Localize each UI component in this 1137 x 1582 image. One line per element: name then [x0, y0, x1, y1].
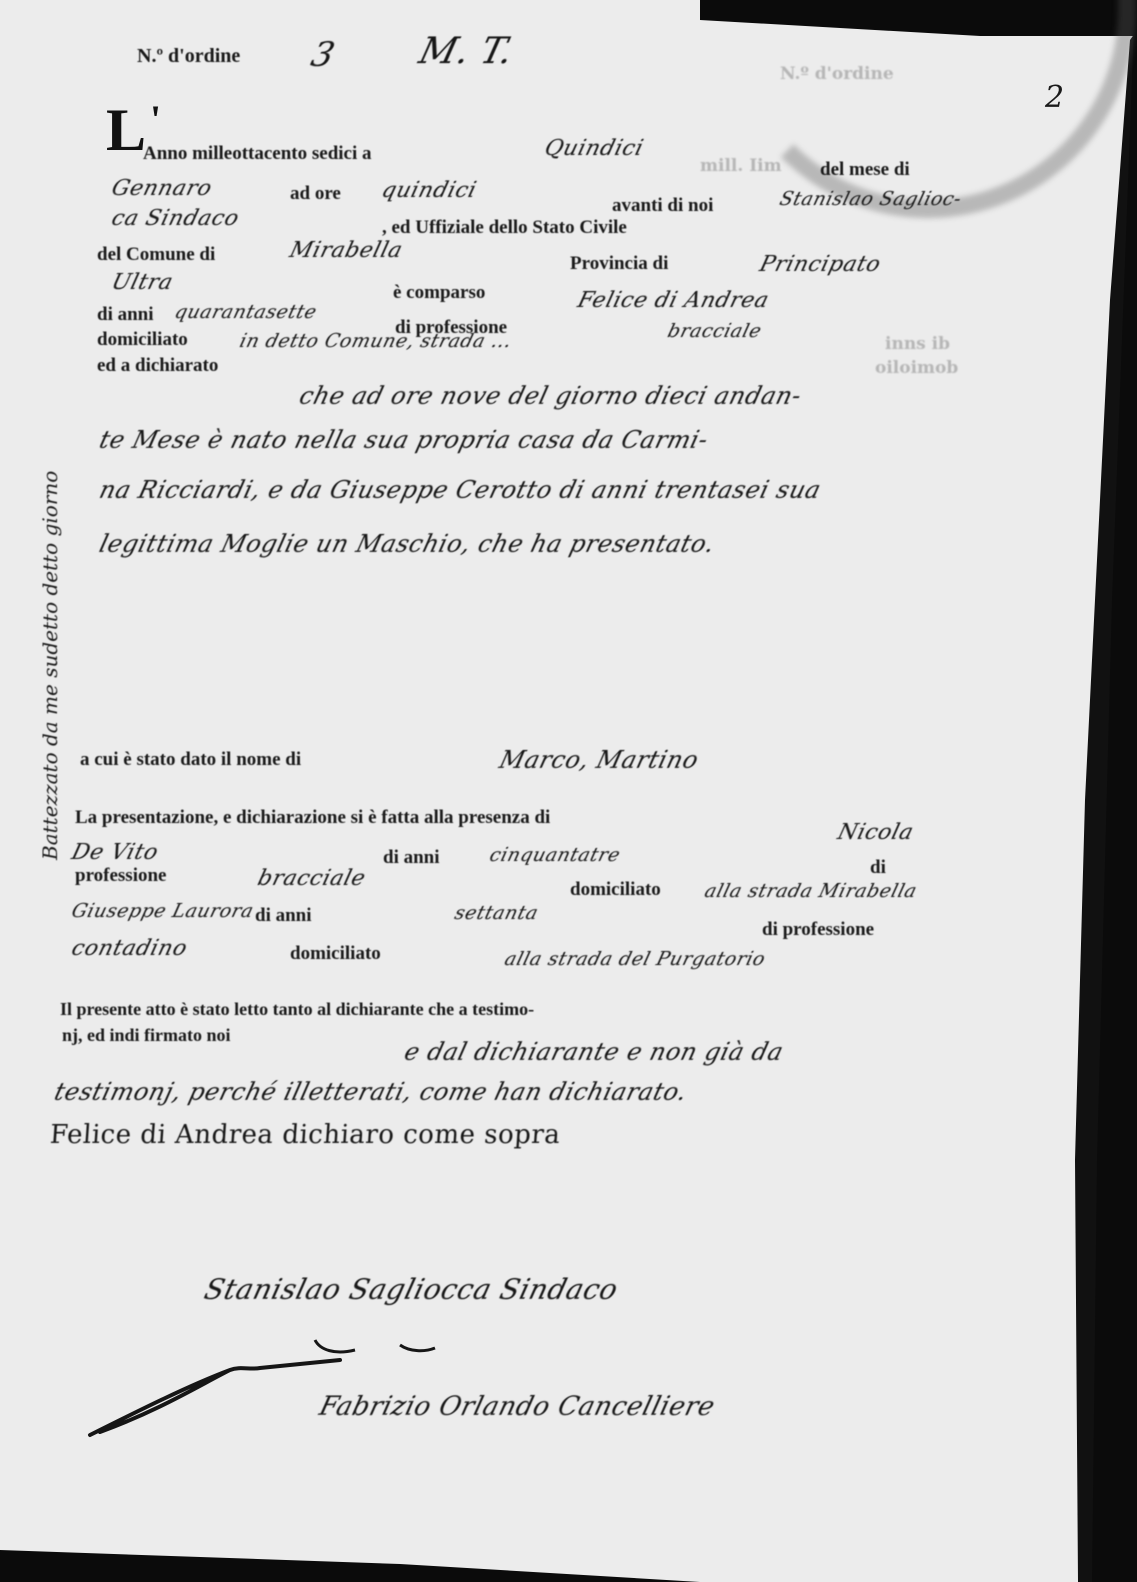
printed-name-line: a cui è stato dato il nome di	[80, 750, 301, 769]
printed-witness-2-domicile: domiciliato	[290, 944, 381, 963]
bleed-through-text: inns ib	[885, 334, 950, 354]
printed-witness-2-age: di anni	[255, 906, 312, 925]
printed-witness-1-profession: professione	[75, 866, 166, 885]
hw-day: Quindici	[542, 138, 645, 160]
hw-witness-2-domicile: alla strada del Purgatorio	[503, 950, 768, 969]
printed-line-3: , ed Uffiziale dello Stato Civile	[382, 218, 627, 237]
hw-witness-1-domicile: alla strada Mirabella	[703, 882, 919, 901]
hw-witness-2-age: settanta	[453, 904, 541, 923]
printed-line-2-end: avanti di noi	[612, 196, 713, 215]
hw-declaration-line-1: che ad ore nove del giorno dieci andan-	[297, 384, 804, 408]
decorative-initial-apostrophe: '	[150, 96, 161, 143]
hw-witness-1-name-cont: De Vito	[69, 842, 160, 864]
hw-declarant-domicile: in detto Comune, strada ...	[238, 332, 514, 351]
printed-line-4: del Comune di	[97, 245, 215, 264]
hw-declaration-line-3: na Ricciardi, e da Giuseppe Cerotto di a…	[97, 478, 823, 502]
hw-declarant: Felice di Andrea	[575, 290, 771, 312]
printed-line-2: ad ore	[290, 184, 341, 203]
hw-declaration-line-2: te Mese è nato nella sua propria casa da…	[97, 428, 711, 452]
printed-closing-2: nj, ed indi firmato noi	[62, 1026, 231, 1044]
margin-note: Battezzato da me sudetto detto giorno	[38, 471, 62, 860]
hw-closing-line-1: e dal dichiarante e non già da	[402, 1040, 786, 1064]
bleed-through-text: oiloimob	[875, 358, 958, 378]
printed-line-8: ed a dichiarato	[97, 356, 218, 375]
hw-month: Gennaro	[109, 178, 214, 200]
printed-witness-intro: La presentazione, e dichiarazione si è f…	[75, 808, 550, 827]
hw-child-name: Marco, Martino	[497, 748, 701, 772]
hw-provincia: Principato	[757, 254, 883, 276]
hw-witness-1-name: Nicola	[835, 822, 916, 844]
hw-declarant-age: quarantasette	[173, 303, 319, 322]
printed-witness-1-age: di anni	[383, 848, 440, 867]
hw-closing-line-3: Felice di Andrea dichiaro come sopra	[49, 1122, 561, 1148]
hw-declaration-line-4: legittima Moglie un Maschio, che ha pres…	[97, 532, 717, 556]
hw-hour: quindici	[379, 180, 478, 202]
bleed-through-text: mill. Iim	[700, 156, 782, 176]
signature-flourish-icon	[80, 1330, 440, 1440]
printed-line-6: di anni	[97, 305, 154, 324]
page-number: 2	[1045, 80, 1064, 115]
printed-line-7: domiciliato	[97, 330, 188, 349]
signature-clerk: Fabrizio Orlando Cancelliere	[317, 1394, 718, 1420]
hw-witness-2-profession: contadino	[69, 938, 189, 960]
hw-witness-2-name: Giuseppe Laurora	[70, 902, 256, 921]
signature-mayor: Stanislao Sagliocca Sindaco	[202, 1276, 621, 1304]
hw-comune: Mirabella	[287, 240, 404, 262]
hw-witness-1-profession: bracciale	[255, 868, 368, 890]
hw-officer-cont: ca Sindaco	[109, 208, 241, 230]
printed-closing-1: Il presente atto è stato letto tanto al …	[60, 1000, 534, 1018]
hw-officer: Stanislao Saglioc-	[778, 190, 964, 209]
hw-witness-1-age: cinquantatre	[488, 846, 623, 865]
printed-witness-2-profession: di professione	[762, 920, 874, 939]
printed-line-1-end: del mese di	[820, 160, 910, 179]
printed-witness-1-domicile: domiciliato	[570, 880, 661, 899]
order-annotation: M. T.	[416, 34, 517, 70]
printed-line-1: Anno milleottacento sedici a	[143, 144, 372, 163]
decorative-initial: L	[106, 100, 146, 160]
printed-witness-1-di: di	[870, 858, 886, 877]
printed-line-5: è comparso	[393, 283, 485, 302]
bleed-through-text: N.º d'ordine	[780, 64, 894, 84]
hw-provincia-cont: Ultra	[109, 272, 175, 294]
order-label: N.º d'ordine	[137, 46, 240, 66]
hw-declarant-profession: bracciale	[666, 322, 764, 341]
hw-closing-line-2: testimonj, perché illetterati, come han …	[52, 1080, 690, 1104]
printed-line-4-mid: Provincia di	[570, 254, 668, 273]
